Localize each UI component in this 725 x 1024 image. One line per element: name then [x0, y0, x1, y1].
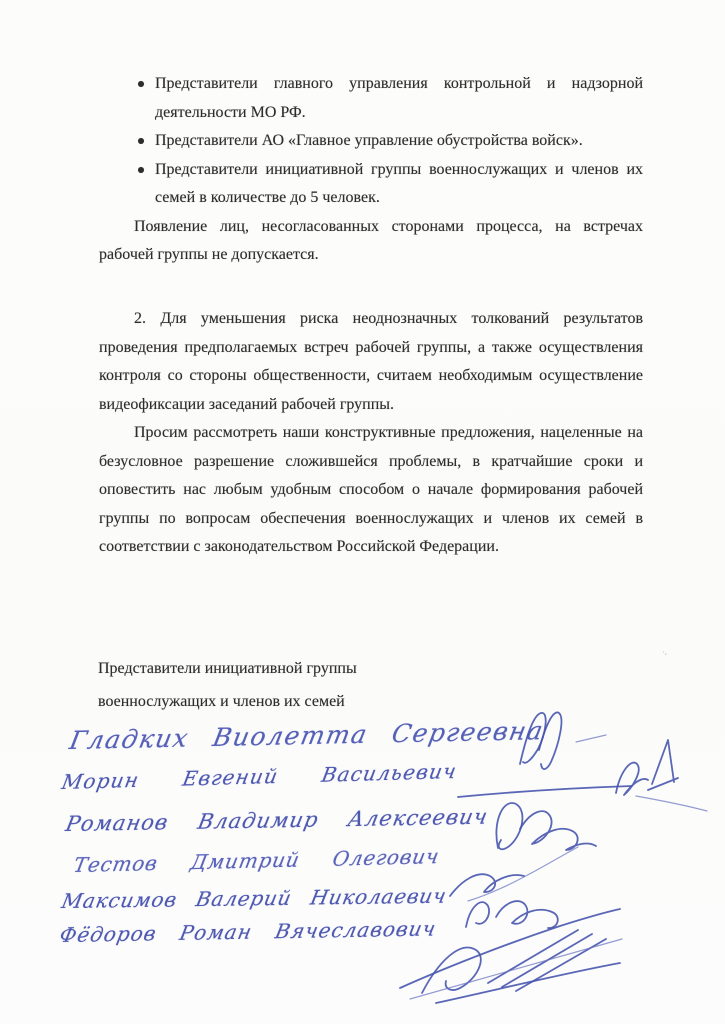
signatory-name: Фёдоров Роман Вячеславович [60, 916, 437, 947]
signature-flourish-4 [450, 874, 524, 896]
signature-flourish-2 [648, 740, 678, 790]
signature-flourish-3 [520, 811, 596, 850]
list-item: Представители АО «Главное управление обу… [99, 127, 643, 156]
scan-artifact: ˴, [661, 646, 669, 658]
signature-flourish-4 [468, 847, 578, 901]
signatory-name: Гладких Виолетта Сергеевна [70, 716, 544, 755]
signatory-name: Романов Владимир Алексеевич [66, 805, 488, 836]
paragraph-request: Просим рассмотреть наши конструктивные п… [99, 419, 643, 562]
list-item: Представители инициативной группы военно… [99, 156, 643, 213]
signature-flourish-3 [496, 803, 522, 849]
attendee-bullet-list: Представители главного управления контро… [99, 70, 643, 213]
signature-flourish-1 [576, 735, 606, 742]
signature-label-line2: военнослужащих и членов их семей [98, 685, 357, 718]
signature-flourish-2 [616, 763, 648, 795]
signature-flourish-6 [410, 939, 622, 999]
signature-label: Представители инициативной группы военно… [98, 652, 357, 718]
signature-flourish-5 [496, 901, 558, 928]
paragraph-point2: 2. Для уменьшения риска неоднозначных то… [99, 305, 643, 419]
signatory-name: Тестов Дмитрий Олегович [74, 844, 440, 877]
signature-flourish-5 [466, 902, 489, 927]
signatory-name: Максимов Валерий Николаевич [62, 884, 447, 913]
scanned-document-page: Представители главного управления контро… [0, 0, 725, 1024]
paragraph-rule: Появление лиц, несогласованных сторонами… [99, 213, 643, 270]
signature-flourish-6 [488, 930, 606, 991]
signature-flourish-6 [436, 963, 620, 1003]
proposal-section: 2. Для уменьшения риска неоднозначных то… [99, 305, 643, 562]
signatory-name: Морин Евгений Васильевич [62, 759, 458, 794]
list-item: Представители главного управления контро… [99, 70, 643, 127]
signature-flourish-2 [458, 786, 632, 797]
signature-label-line1: Представители инициативной группы [98, 652, 357, 685]
attendees-section: Представители главного управления контро… [99, 70, 643, 270]
signature-flourish-2 [636, 796, 707, 811]
signature-flourish-6 [422, 948, 481, 993]
